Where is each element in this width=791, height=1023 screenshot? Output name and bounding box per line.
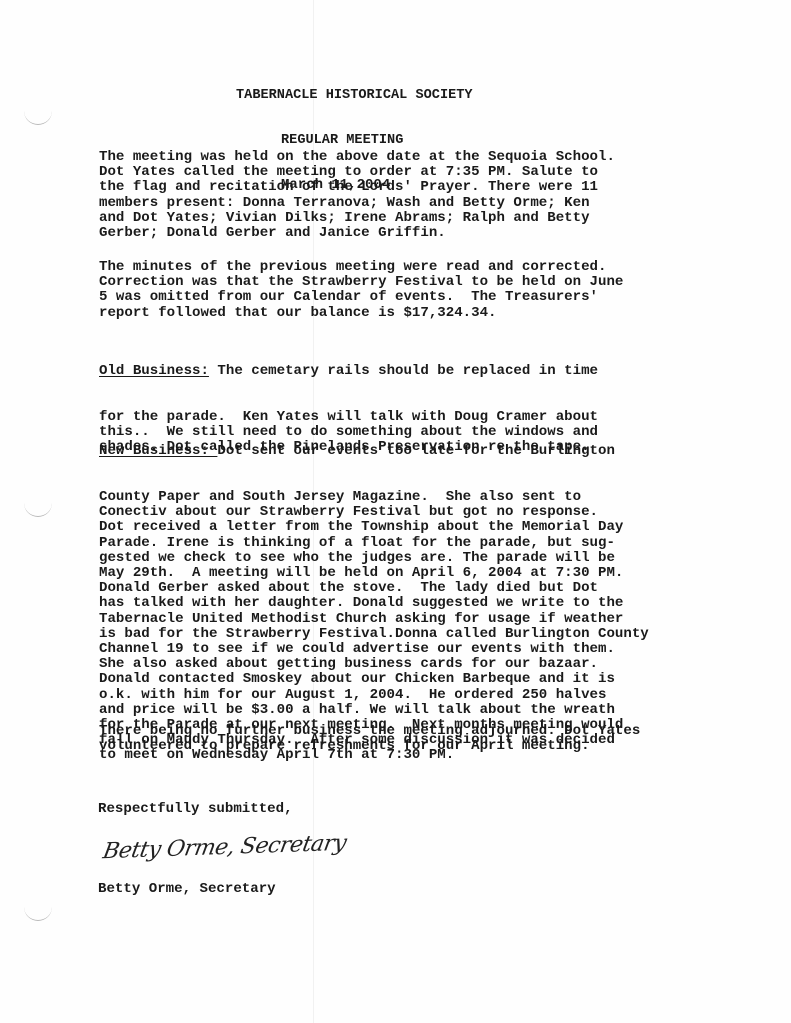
text-line: Tabernacle United Methodist Church askin… (99, 612, 649, 627)
organization-name: TABERNACLE HISTORICAL SOCIETY (236, 88, 473, 103)
new-business-first-line: New Business: Dot sent our events too la… (99, 444, 649, 459)
old-business-heading: Old Business: (99, 363, 209, 379)
text-line: Parade. Irene is thinking of a float for… (99, 536, 649, 551)
text-line: volunteered to prepare refreshments for … (99, 739, 640, 754)
text-line: report followed that our balance is $17,… (99, 306, 623, 321)
handwritten-signature: Betty Orme, Secretary (101, 831, 348, 864)
closing-line: Respectfully submitted, (98, 801, 293, 817)
text-line: County Paper and South Jersey Magazine. … (99, 490, 649, 505)
text-line: 5 was omitted from our Calendar of event… (99, 290, 623, 305)
text-line: The meeting was held on the above date a… (99, 150, 615, 165)
text-line: and Dot Yates; Vivian Dilks; Irene Abram… (99, 211, 615, 226)
text-line: o.k. with him for our August 1, 2004. He… (99, 688, 649, 703)
text-line: Channel 19 to see if we could advertise … (99, 642, 649, 657)
text-line: Gerber; Donald Gerber and Janice Griffin… (99, 226, 615, 241)
opening-paragraph: The meeting was held on the above date a… (99, 150, 615, 241)
text-line: gested we check to see who the judges ar… (99, 551, 649, 566)
minutes-paragraph: The minutes of the previous meeting were… (99, 260, 623, 321)
text-line: and price will be $3.00 a half. We will … (99, 703, 649, 718)
text-line: Conectiv about our Strawberry Festival b… (99, 505, 649, 520)
text-line: is bad for the Strawberry Festival.Donna… (99, 627, 649, 642)
text-line: Dot received a letter from the Township … (99, 520, 649, 535)
punch-hole-mark (24, 108, 52, 125)
text-line: The minutes of the previous meeting were… (99, 260, 623, 275)
text-line: Donald Gerber asked about the stove. The… (99, 581, 649, 596)
signer-name: Betty Orme, Secretary (98, 881, 276, 897)
text-line: has talked with her daughter. Donald sug… (99, 596, 649, 611)
adjournment-paragraph: There being no further business the meet… (99, 724, 640, 754)
text-line: There being no further business the meet… (99, 724, 640, 739)
new-business-heading: New Business: (99, 443, 217, 459)
text-line: the flag and recitation of the Lords' Pr… (99, 180, 615, 195)
meeting-type: REGULAR MEETING (236, 133, 473, 148)
text-line: Dot Yates called the meeting to order at… (99, 165, 615, 180)
scanned-document-page: TABERNACLE HISTORICAL SOCIETY REGULAR ME… (0, 0, 791, 1023)
old-business-first-line: Old Business: The cemetary rails should … (99, 364, 598, 379)
text-line: members present: Donna Terranova; Wash a… (99, 196, 615, 211)
punch-hole-mark (24, 904, 52, 921)
punch-hole-mark (24, 500, 52, 517)
text-line: Correction was that the Strawberry Festi… (99, 275, 623, 290)
old-business-first-line-text: The cemetary rails should be replaced in… (209, 363, 598, 379)
text-line: Donald contacted Smoskey about our Chick… (99, 672, 649, 687)
text-line: May 29th. A meeting will be held on Apri… (99, 566, 649, 581)
new-business-first-line-text: Dot sent our events too late for the Bur… (217, 443, 615, 459)
text-line: She also asked about getting business ca… (99, 657, 649, 672)
